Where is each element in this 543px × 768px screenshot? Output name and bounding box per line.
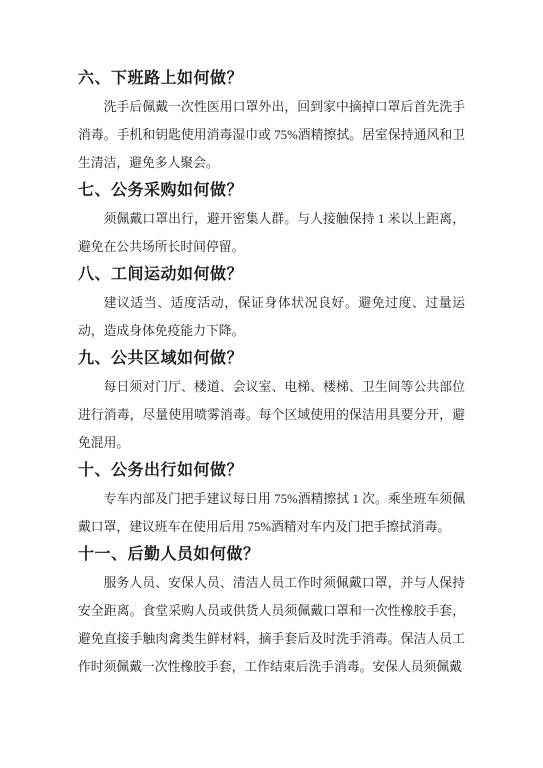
section-body: 服务人员、安保人员、清洁人员工作时须佩戴口罩，并与人保持安全距离。食堂采购人员或…	[78, 569, 465, 681]
section-heading: 九、公共区域如何做？	[78, 345, 465, 373]
section-body: 每日须对门厅、楼道、会议室、电梯、楼梯、卫生间等公共部位进行消毒，尽量使用喷雾消…	[78, 373, 465, 457]
section-heading: 十、公务出行如何做？	[78, 457, 465, 485]
section-7-official-procurement: 七、公务采购如何做？ 须佩戴口罩出行，避开密集人群。与人接触保持 1 米以上距离…	[78, 177, 465, 261]
document-page: 六、下班路上如何做？ 洗手后佩戴一次性医用口罩外出，回到家中摘掉口罩后首先洗手消…	[0, 0, 543, 768]
section-11-logistics-staff: 十一、后勤人员如何做？ 服务人员、安保人员、清洁人员工作时须佩戴口罩，并与人保持…	[78, 541, 465, 681]
section-heading: 七、公务采购如何做？	[78, 177, 465, 205]
section-10-official-travel: 十、公务出行如何做？ 专车内部及门把手建议每日用 75%酒精擦拭 1 次。乘坐班…	[78, 457, 465, 541]
section-8-workplace-exercise: 八、工间运动如何做？ 建议适当、适度活动，保证身体状况良好。避免过度、过量运动，…	[78, 261, 465, 345]
section-6-off-work-route: 六、下班路上如何做？ 洗手后佩戴一次性医用口罩外出，回到家中摘掉口罩后首先洗手消…	[78, 65, 465, 177]
section-body: 建议适当、适度活动，保证身体状况良好。避免过度、过量运动，造成身体免疫能力下降。	[78, 289, 465, 345]
section-heading: 六、下班路上如何做？	[78, 65, 465, 93]
section-body: 专车内部及门把手建议每日用 75%酒精擦拭 1 次。乘坐班车须佩戴口罩，建议班车…	[78, 485, 465, 541]
section-heading: 八、工间运动如何做？	[78, 261, 465, 289]
section-9-public-areas: 九、公共区域如何做？ 每日须对门厅、楼道、会议室、电梯、楼梯、卫生间等公共部位进…	[78, 345, 465, 457]
section-body: 洗手后佩戴一次性医用口罩外出，回到家中摘掉口罩后首先洗手消毒。手机和钥匙使用消毒…	[78, 93, 465, 177]
section-heading: 十一、后勤人员如何做？	[78, 541, 465, 569]
section-body: 须佩戴口罩出行，避开密集人群。与人接触保持 1 米以上距离，避免在公共场所长时间…	[78, 205, 465, 261]
